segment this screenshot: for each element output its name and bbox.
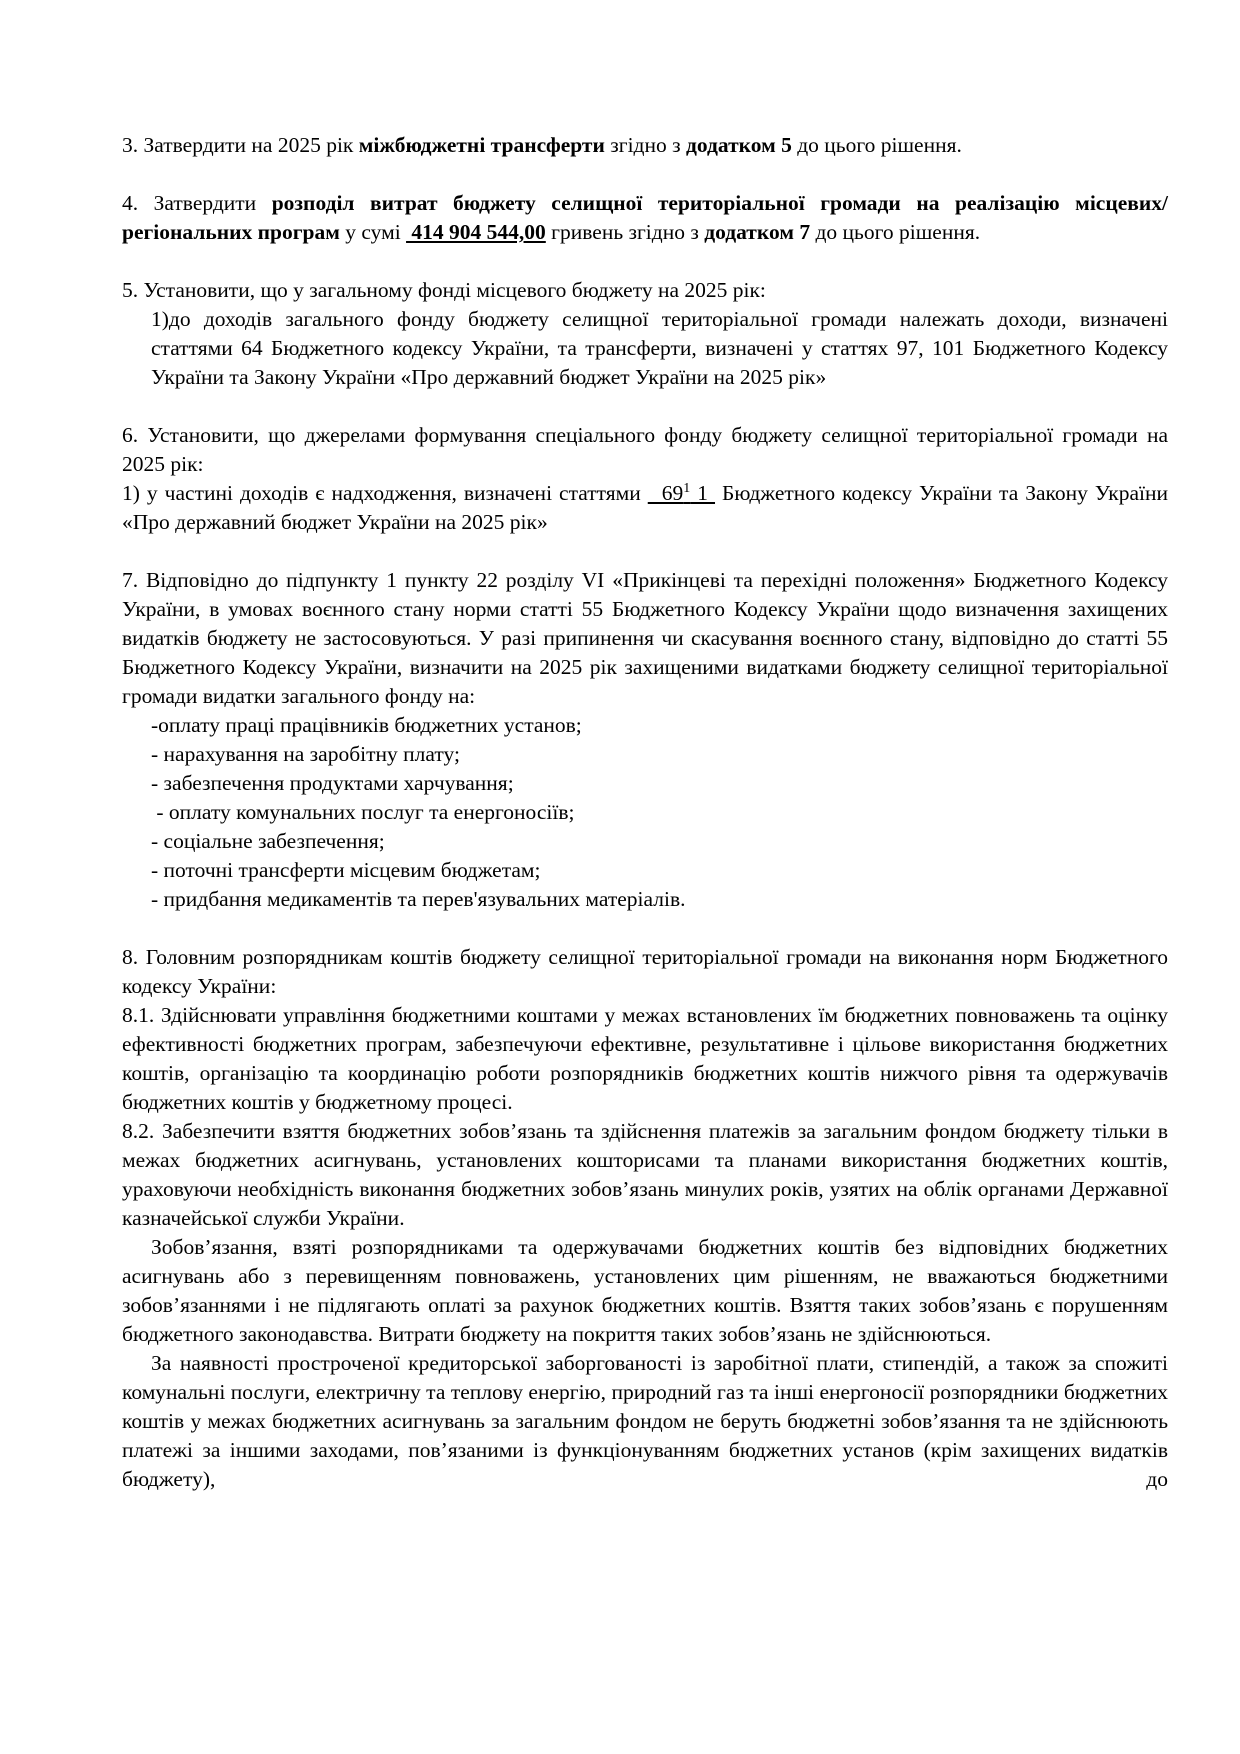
- item-6-sub-1: 1) у частині доходів є надходження, визн…: [122, 479, 1168, 537]
- item-7-dash-2-segment: - нарахування на заробітну плату;: [151, 742, 460, 766]
- item-7-dash-7-segment: - придбання медикаментів та перев'язувал…: [151, 887, 685, 911]
- item-6-sub-1-segment: 691 1: [648, 481, 715, 505]
- item-4-segment: гривень згідно з: [546, 220, 704, 244]
- item-8-heading-segment: 8. Головним розпорядникам коштів бюджету…: [122, 945, 1168, 998]
- item-8-2: 8.2. Забезпечити взяття бюджетних зобов’…: [122, 1117, 1168, 1233]
- item-8-2-segment: 8.2. Забезпечити взяття бюджетних зобов’…: [122, 1119, 1168, 1230]
- document-page: 3. Затвердити на 2025 рік міжбюджетні тр…: [0, 0, 1240, 1754]
- item-7-dash-4-segment: - оплату комунальних послуг та енергонос…: [151, 800, 574, 824]
- item-7-dash-1: -оплату праці працівників бюджетних уста…: [151, 711, 1168, 740]
- item-4: 4. Затвердити розподіл витрат бюджету се…: [122, 189, 1168, 247]
- item-7-segment: 7. Відповідно до підпункту 1 пункту 22 р…: [122, 568, 1168, 708]
- item-5-sub-1-segment: 1)до доходів загального фонду бюджету се…: [151, 307, 1168, 389]
- item-5-heading-segment: 5. Установити, що у загальному фонді міс…: [122, 278, 766, 302]
- item-8-2-para-obligations: Зобов’язання, взяті розпорядниками та од…: [122, 1233, 1168, 1349]
- item-8-2-para-arrears-segment: За наявності простроченої кредиторської …: [122, 1351, 1168, 1491]
- item-7-dash-7: - придбання медикаментів та перев'язувал…: [151, 885, 1168, 914]
- item-7-dash-1-segment: -оплату праці працівників бюджетних уста…: [151, 713, 582, 737]
- item-6-heading-segment: 6. Установити, що джерелами формування с…: [122, 423, 1168, 476]
- item-6-heading: 6. Установити, що джерелами формування с…: [122, 421, 1168, 479]
- item-3-segment: міжбюджетні трансферти: [359, 133, 605, 157]
- item-6-sub-1-segment: 69: [648, 481, 684, 505]
- item-7-dash-3: - забезпечення продуктами харчування;: [151, 769, 1168, 798]
- item-8-1: 8.1. Здійснювати управління бюджетними к…: [122, 1001, 1168, 1117]
- item-6-sub-1-segment: 1) у частині доходів є надходження, визн…: [122, 481, 648, 505]
- item-8-2-para-obligations-segment: Зобов’язання, взяті розпорядниками та од…: [122, 1235, 1168, 1346]
- item-7: 7. Відповідно до підпункту 1 пункту 22 р…: [122, 566, 1168, 711]
- item-6-sub-1-segment: 1: [690, 481, 715, 505]
- item-4-segment: до цього рішення.: [810, 220, 980, 244]
- item-8-1-segment: 8.1. Здійснювати управління бюджетними к…: [122, 1003, 1168, 1114]
- item-7-dash-4: - оплату комунальних послуг та енергонос…: [151, 798, 1168, 827]
- item-3: 3. Затвердити на 2025 рік міжбюджетні тр…: [122, 131, 1168, 160]
- item-4-segment: 4. Затвердити: [122, 191, 272, 215]
- item-4-segment: у сумі: [340, 220, 406, 244]
- item-3-segment: 3. Затвердити на 2025 рік: [122, 133, 359, 157]
- item-7-dash-5: - соціальне забезпечення;: [151, 827, 1168, 856]
- item-3-segment: додатком 5: [686, 133, 792, 157]
- item-5-heading: 5. Установити, що у загальному фонді міс…: [122, 276, 1168, 305]
- item-7-dash-5-segment: - соціальне забезпечення;: [151, 829, 385, 853]
- item-7-dash-6-segment: - поточні трансферти місцевим бюджетам;: [151, 858, 541, 882]
- item-3-segment: згідно з: [605, 133, 686, 157]
- item-4-segment: 414 904 544,00: [406, 220, 546, 244]
- item-8-heading: 8. Головним розпорядникам коштів бюджету…: [122, 943, 1168, 1001]
- item-7-dash-3-segment: - забезпечення продуктами харчування;: [151, 771, 514, 795]
- item-3-segment: до цього рішення.: [792, 133, 962, 157]
- item-8-2-para-arrears: За наявності простроченої кредиторської …: [122, 1349, 1168, 1494]
- item-7-dash-2: - нарахування на заробітну плату;: [151, 740, 1168, 769]
- item-5-sub-1: 1)до доходів загального фонду бюджету се…: [151, 305, 1168, 392]
- item-4-segment: додатком 7: [704, 220, 810, 244]
- item-7-dash-6: - поточні трансферти місцевим бюджетам;: [151, 856, 1168, 885]
